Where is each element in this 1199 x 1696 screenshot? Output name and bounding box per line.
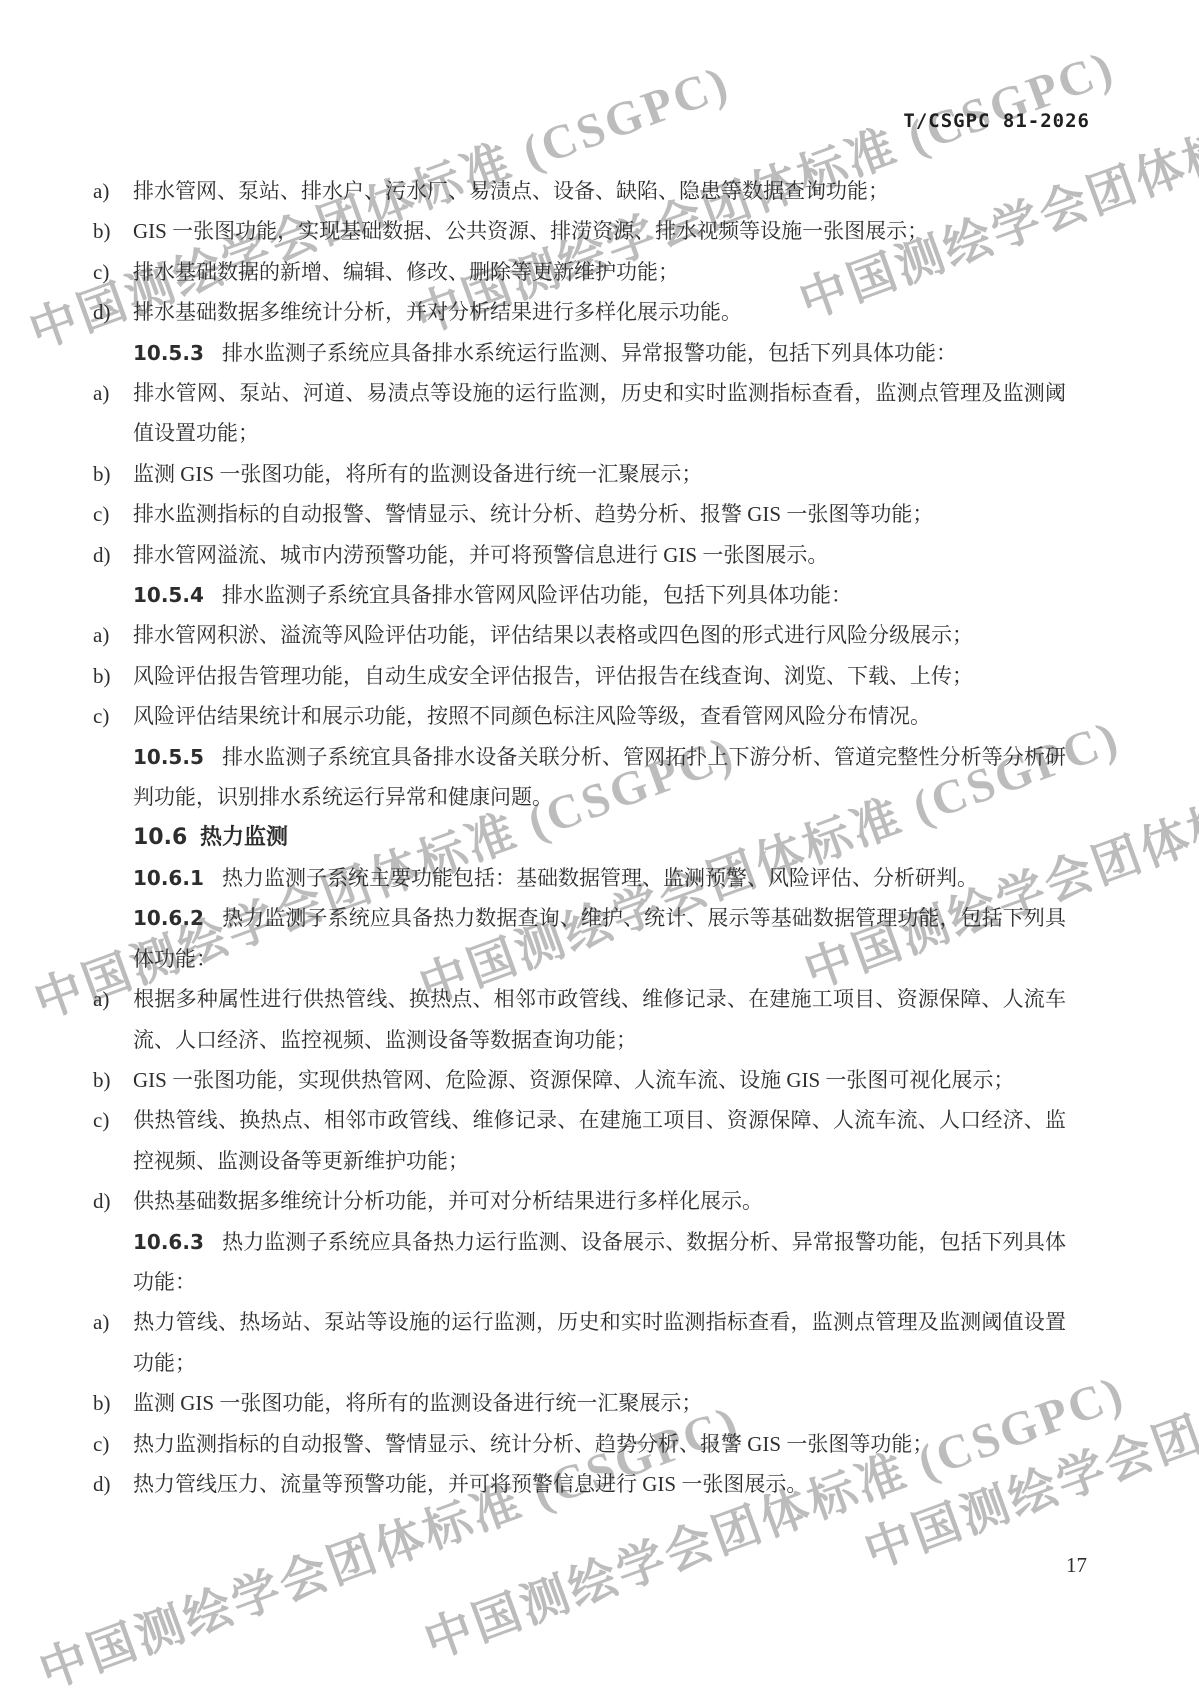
list-item: d)排水管网溢流、城市内涝预警功能，并可将预警信息进行 GIS 一张图展示。 [133, 535, 1066, 575]
paragraph-text: 根据多种属性进行供热管线、换热点、相邻市政管线、维修记录、在建施工项目、资源保障… [133, 987, 1066, 1051]
list-item: b)风险评估报告管理功能，自动生成安全评估报告，评估报告在线查询、浏览、下载、上… [133, 656, 1066, 696]
paragraph-text: 监测 GIS 一张图功能，将所有的监测设备进行统一汇聚展示； [133, 1391, 702, 1415]
paragraph-text: 排水管网溢流、城市内涝预警功能，并可将预警信息进行 GIS 一张图展示。 [133, 543, 828, 567]
clause-paragraph: 10.5.5排水监测子系统宜具备排水设备关联分析、管网拓扑上下游分析、管道完整性… [133, 737, 1066, 818]
list-item-letter: d) [93, 1464, 133, 1504]
list-item: b)GIS 一张图功能，实现供热管网、危险源、资源保障、人流车流、设施 GIS … [133, 1060, 1066, 1100]
list-item-letter: c) [93, 696, 133, 736]
clause-paragraph: 10.6.2热力监测子系统应具备热力数据查询、维护、统计、展示等基础数据管理功能… [133, 898, 1066, 979]
section-heading-text: 热力监测 [200, 825, 288, 850]
clause-number: 10.6.1 [133, 858, 222, 898]
paragraph-text: 供热管线、换热点、相邻市政管线、维修记录、在建施工项目、资源保障、人流车流、人口… [133, 1108, 1066, 1172]
list-item: c)排水基础数据的新增、编辑、修改、删除等更新维护功能； [133, 252, 1066, 292]
paragraph-text: 热力监测子系统主要功能包括：基础数据管理、监测预警、风险评估、分析研判。 [222, 866, 978, 890]
page-number: 17 [1066, 1553, 1087, 1578]
clause-number: 10.6.3 [133, 1222, 222, 1262]
document-page: 中国测绘学会团体标准 (CSGPC) 中国测绘学会团体标准 (CSGPC) 中国… [0, 0, 1199, 1696]
list-item: b)监测 GIS 一张图功能，将所有的监测设备进行统一汇聚展示； [133, 454, 1066, 494]
list-item-letter: b) [93, 1060, 133, 1100]
clause-number: 10.5.4 [133, 575, 222, 615]
list-item-letter: b) [93, 1383, 133, 1423]
paragraph-text: 排水基础数据多维统计分析，并对分析结果进行多样化展示功能。 [133, 300, 742, 324]
list-item-letter: c) [93, 1100, 133, 1140]
list-item: b)GIS 一张图功能，实现基础数据、公共资源、排涝资源、排水视频等设施一张图展… [133, 211, 1066, 251]
paragraph-text: 排水基础数据的新增、编辑、修改、删除等更新维护功能； [133, 260, 679, 284]
clause-number: 10.5.5 [133, 737, 222, 777]
list-item: c)热力监测指标的自动报警、警情显示、统计分析、趋势分析、报警 GIS 一张图等… [133, 1424, 1066, 1464]
paragraph-text: 排水监测子系统宜具备排水管网风险评估功能，包括下列具体功能： [222, 583, 852, 607]
list-item-letter: a) [93, 615, 133, 655]
list-item: d)热力管线压力、流量等预警功能，并可将预警信息进行 GIS 一张图展示。 [133, 1464, 1066, 1504]
paragraph-text: 排水监测子系统应具备排水系统运行监测、异常报警功能，包括下列具体功能： [222, 341, 957, 365]
paragraph-text: 热力监测子系统应具备热力数据查询、维护、统计、展示等基础数据管理功能，包括下列具… [133, 906, 1066, 970]
list-item: c)排水监测指标的自动报警、警情显示、统计分析、趋势分析、报警 GIS 一张图等… [133, 494, 1066, 534]
list-item-letter: c) [93, 494, 133, 534]
paragraph-text: 排水管网、泵站、排水户、污水厂、易渍点、设备、缺陷、隐患等数据查询功能； [133, 179, 889, 203]
list-item-letter: a) [93, 1302, 133, 1342]
paragraph-text: 风险评估结果统计和展示功能，按照不同颜色标注风险等级，查看管网风险分布情况。 [133, 704, 931, 728]
list-item: a)排水管网积淤、溢流等风险评估功能，评估结果以表格或四色图的形式进行风险分级展… [133, 615, 1066, 655]
document-body: a)排水管网、泵站、排水户、污水厂、易渍点、设备、缺陷、隐患等数据查询功能；b)… [133, 171, 1066, 1504]
paragraph-text: 排水监测子系统宜具备排水设备关联分析、管网拓扑上下游分析、管道完整性分析等分析研… [133, 745, 1066, 809]
paragraph-text: 排水管网、泵站、河道、易渍点等设施的运行监测，历史和实时监测指标查看，监测点管理… [133, 381, 1066, 445]
list-item: c)风险评估结果统计和展示功能，按照不同颜色标注风险等级，查看管网风险分布情况。 [133, 696, 1066, 736]
list-item-letter: d) [93, 292, 133, 332]
section-heading: 10.6热力监测 [133, 818, 1066, 858]
paragraph-text: GIS 一张图功能，实现基础数据、公共资源、排涝资源、排水视频等设施一张图展示； [133, 219, 928, 243]
list-item-letter: c) [93, 252, 133, 292]
list-item-letter: a) [93, 373, 133, 413]
clause-paragraph: 10.5.4排水监测子系统宜具备排水管网风险评估功能，包括下列具体功能： [133, 575, 1066, 615]
paragraph-text: 热力管线、热场站、泵站等设施的运行监测，历史和实时监测指标查看，监测点管理及监测… [133, 1310, 1066, 1374]
clause-paragraph: 10.6.3热力监测子系统应具备热力运行监测、设备展示、数据分析、异常报警功能，… [133, 1222, 1066, 1303]
clause-paragraph: 10.6.1热力监测子系统主要功能包括：基础数据管理、监测预警、风险评估、分析研… [133, 858, 1066, 898]
list-item-letter: a) [93, 171, 133, 211]
clause-paragraph: 10.5.3排水监测子系统应具备排水系统运行监测、异常报警功能，包括下列具体功能… [133, 333, 1066, 373]
paragraph-text: GIS 一张图功能，实现供热管网、危险源、资源保障、人流车流、设施 GIS 一张… [133, 1068, 1014, 1092]
list-item: a)排水管网、泵站、排水户、污水厂、易渍点、设备、缺陷、隐患等数据查询功能； [133, 171, 1066, 211]
list-item: a)排水管网、泵站、河道、易渍点等设施的运行监测，历史和实时监测指标查看，监测点… [133, 373, 1066, 454]
list-item: d)排水基础数据多维统计分析，并对分析结果进行多样化展示功能。 [133, 292, 1066, 332]
paragraph-text: 供热基础数据多维统计分析功能，并可对分析结果进行多样化展示。 [133, 1189, 763, 1213]
list-item-letter: b) [93, 211, 133, 251]
list-item: d)供热基础数据多维统计分析功能，并可对分析结果进行多样化展示。 [133, 1181, 1066, 1221]
paragraph-text: 排水管网积淤、溢流等风险评估功能，评估结果以表格或四色图的形式进行风险分级展示； [133, 623, 973, 647]
list-item-letter: c) [93, 1424, 133, 1464]
list-item-letter: d) [93, 1181, 133, 1221]
paragraph-text: 监测 GIS 一张图功能，将所有的监测设备进行统一汇聚展示； [133, 462, 702, 486]
list-item: c)供热管线、换热点、相邻市政管线、维修记录、在建施工项目、资源保障、人流车流、… [133, 1100, 1066, 1181]
paragraph-text: 热力管线压力、流量等预警功能，并可将预警信息进行 GIS 一张图展示。 [133, 1472, 807, 1496]
list-item-letter: d) [93, 535, 133, 575]
list-item-letter: b) [93, 454, 133, 494]
paragraph-text: 风险评估报告管理功能，自动生成安全评估报告，评估报告在线查询、浏览、下载、上传； [133, 664, 973, 688]
clause-number: 10.6.2 [133, 898, 222, 938]
list-item: a)热力管线、热场站、泵站等设施的运行监测，历史和实时监测指标查看，监测点管理及… [133, 1302, 1066, 1383]
list-item: a)根据多种属性进行供热管线、换热点、相邻市政管线、维修记录、在建施工项目、资源… [133, 979, 1066, 1060]
clause-number: 10.5.3 [133, 333, 222, 373]
list-item-letter: b) [93, 656, 133, 696]
clause-number: 10.6 [133, 818, 200, 858]
list-item: b)监测 GIS 一张图功能，将所有的监测设备进行统一汇聚展示； [133, 1383, 1066, 1423]
document-code-header: T/CSGPC 81-2026 [903, 110, 1090, 132]
paragraph-text: 排水监测指标的自动报警、警情显示、统计分析、趋势分析、报警 GIS 一张图等功能… [133, 502, 933, 526]
list-item-letter: a) [93, 979, 133, 1019]
paragraph-text: 热力监测子系统应具备热力运行监测、设备展示、数据分析、异常报警功能，包括下列具体… [133, 1230, 1066, 1294]
paragraph-text: 热力监测指标的自动报警、警情显示、统计分析、趋势分析、报警 GIS 一张图等功能… [133, 1432, 933, 1456]
